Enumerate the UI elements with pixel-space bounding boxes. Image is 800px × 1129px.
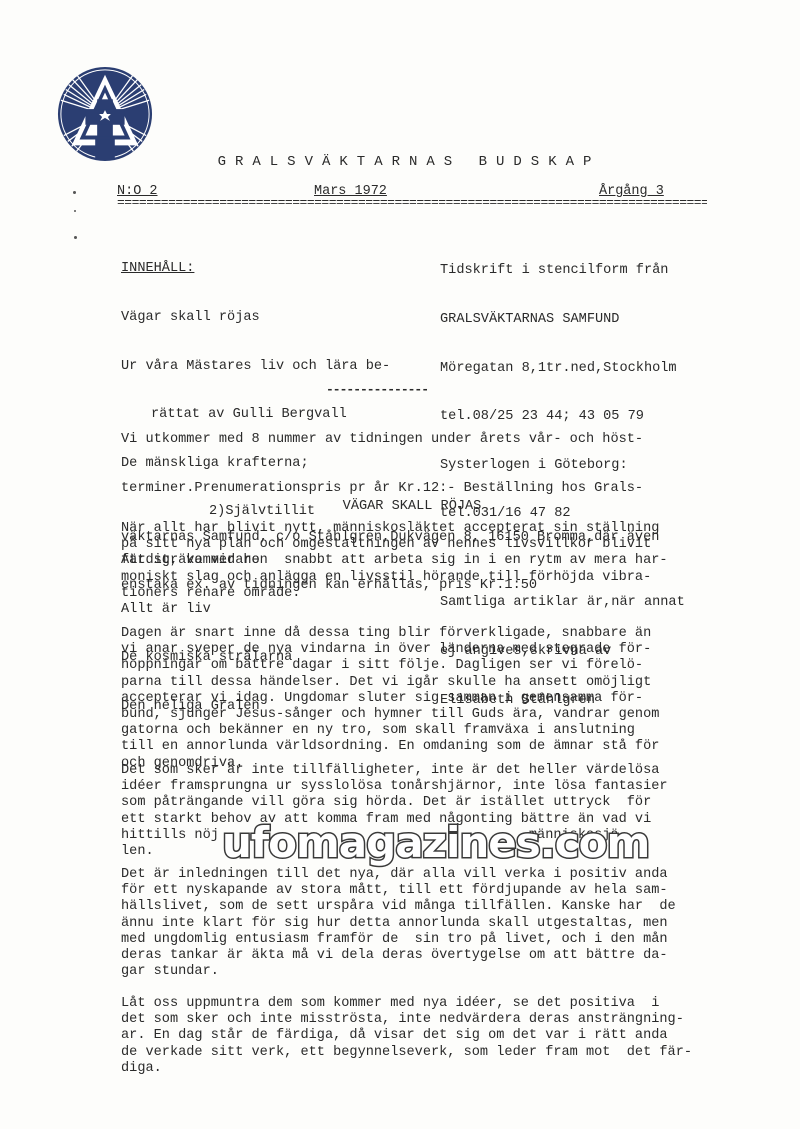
punch-mark	[73, 191, 76, 194]
article-line: de verkade sitt verk, ett begynnelseverk…	[121, 1045, 692, 1061]
article-paragraph: Det är inledningen till det nya, där all…	[121, 867, 676, 980]
contents-item: Vägar skall röjas	[121, 310, 390, 326]
grail-emblem-icon	[56, 65, 154, 163]
article-line: Låt oss uppmuntra dem som kommer med nya…	[121, 996, 692, 1012]
article-line: deras tankar är äkta må vi dela deras öv…	[121, 948, 676, 964]
article-line: med ungdomlig entusiasm framför de sin t…	[121, 932, 676, 948]
article-line: moniskt slag och anlägga en livsstil hör…	[121, 570, 668, 586]
article-paragraph: Dagen är snart inne då dessa ting blir f…	[121, 626, 659, 772]
article-line: på sitt nya plan och omgestaltningen av …	[121, 537, 668, 553]
colophon-address: Möregatan 8,1tr.ned,Stockholm	[440, 361, 685, 377]
subscription-line: terminer.Prenumerationspris pr år Kr.12:…	[121, 481, 659, 497]
article-line: diga.	[121, 1061, 692, 1077]
article-line: parna till dessa händelser. Det vi igår …	[121, 675, 659, 691]
colophon-line: GRALSVÄKTARNAS SAMFUND	[440, 312, 685, 328]
issue-date: Mars 1972	[314, 184, 387, 199]
article-line: hällslivet, som de sett urspåra vid mång…	[121, 899, 676, 915]
colophon-line: Tidskrift i stencilform från	[440, 263, 685, 279]
article-line: Det som sker är inte tillfälligheter, in…	[121, 763, 668, 779]
punch-mark	[74, 210, 76, 212]
article-line: färdig, kommer hon snabbt att arbeta sig…	[121, 553, 668, 569]
issue-number: N:O 2	[117, 184, 158, 199]
watermark: ufomagazines.com	[222, 821, 649, 865]
article-paragraph: När allt har blivit nytt, människosläkte…	[121, 521, 668, 602]
article-line: Dagen är snart inne då dessa ting blir f…	[121, 626, 659, 642]
article-title: VÄGAR SKALL RÖJAS	[0, 499, 800, 515]
article-paragraph: Låt oss uppmuntra dem som kommer med nya…	[121, 996, 692, 1077]
article-line: vi anar sveper de nya vindarna in över l…	[121, 642, 659, 658]
article-line: accepterar vi idag. Ungdomar sluter sig …	[121, 691, 659, 707]
article-line: gatorna och bekänner en ny tro, som skal…	[121, 723, 659, 739]
document-page: GRALSVÄKTARNAS BUDSKAP N:O 2 Mars 1972 Å…	[0, 0, 800, 1129]
article-line: för ett nyskapande av stora mått, till e…	[121, 883, 676, 899]
punch-mark	[74, 236, 77, 239]
publication-title: GRALSVÄKTARNAS BUDSKAP	[0, 154, 800, 170]
article-line: ar. En dag står de färdiga, då visar det…	[121, 1028, 692, 1044]
article-line: gar stundar.	[121, 964, 676, 980]
article-line: idéer framsprungna ur sysslolösa tonårsh…	[121, 779, 668, 795]
article-line: till en annorlunda världsordning. En omd…	[121, 739, 659, 755]
subscription-line: Vi utkommer med 8 nummer av tidningen un…	[121, 432, 659, 448]
double-rule: ========================================…	[117, 198, 707, 208]
volume: Årgång 3	[599, 184, 664, 199]
article-line: När allt har blivit nytt, människosläkte…	[121, 521, 668, 537]
article-line: ännu inte klart för sig hur detta annorl…	[121, 916, 676, 932]
article-line: Det är inledningen till det nya, där all…	[121, 867, 676, 883]
article-line: bund, sjunger Jesus-sånger och hymner ti…	[121, 707, 659, 723]
article-line: det som sker och inte misströsta, inte n…	[121, 1012, 692, 1028]
contents-heading: INNEHÅLL:	[121, 261, 390, 277]
separator: ---------------	[326, 382, 428, 397]
contents-item: Ur våra Mästares liv och lära be-	[121, 359, 390, 375]
article-line: som påträngande vill göra sig hörda. Det…	[121, 795, 668, 811]
article-line: tioners renare område.	[121, 586, 668, 602]
article-line: hoppningar om bättre dagar i sitt följe.…	[121, 658, 659, 674]
